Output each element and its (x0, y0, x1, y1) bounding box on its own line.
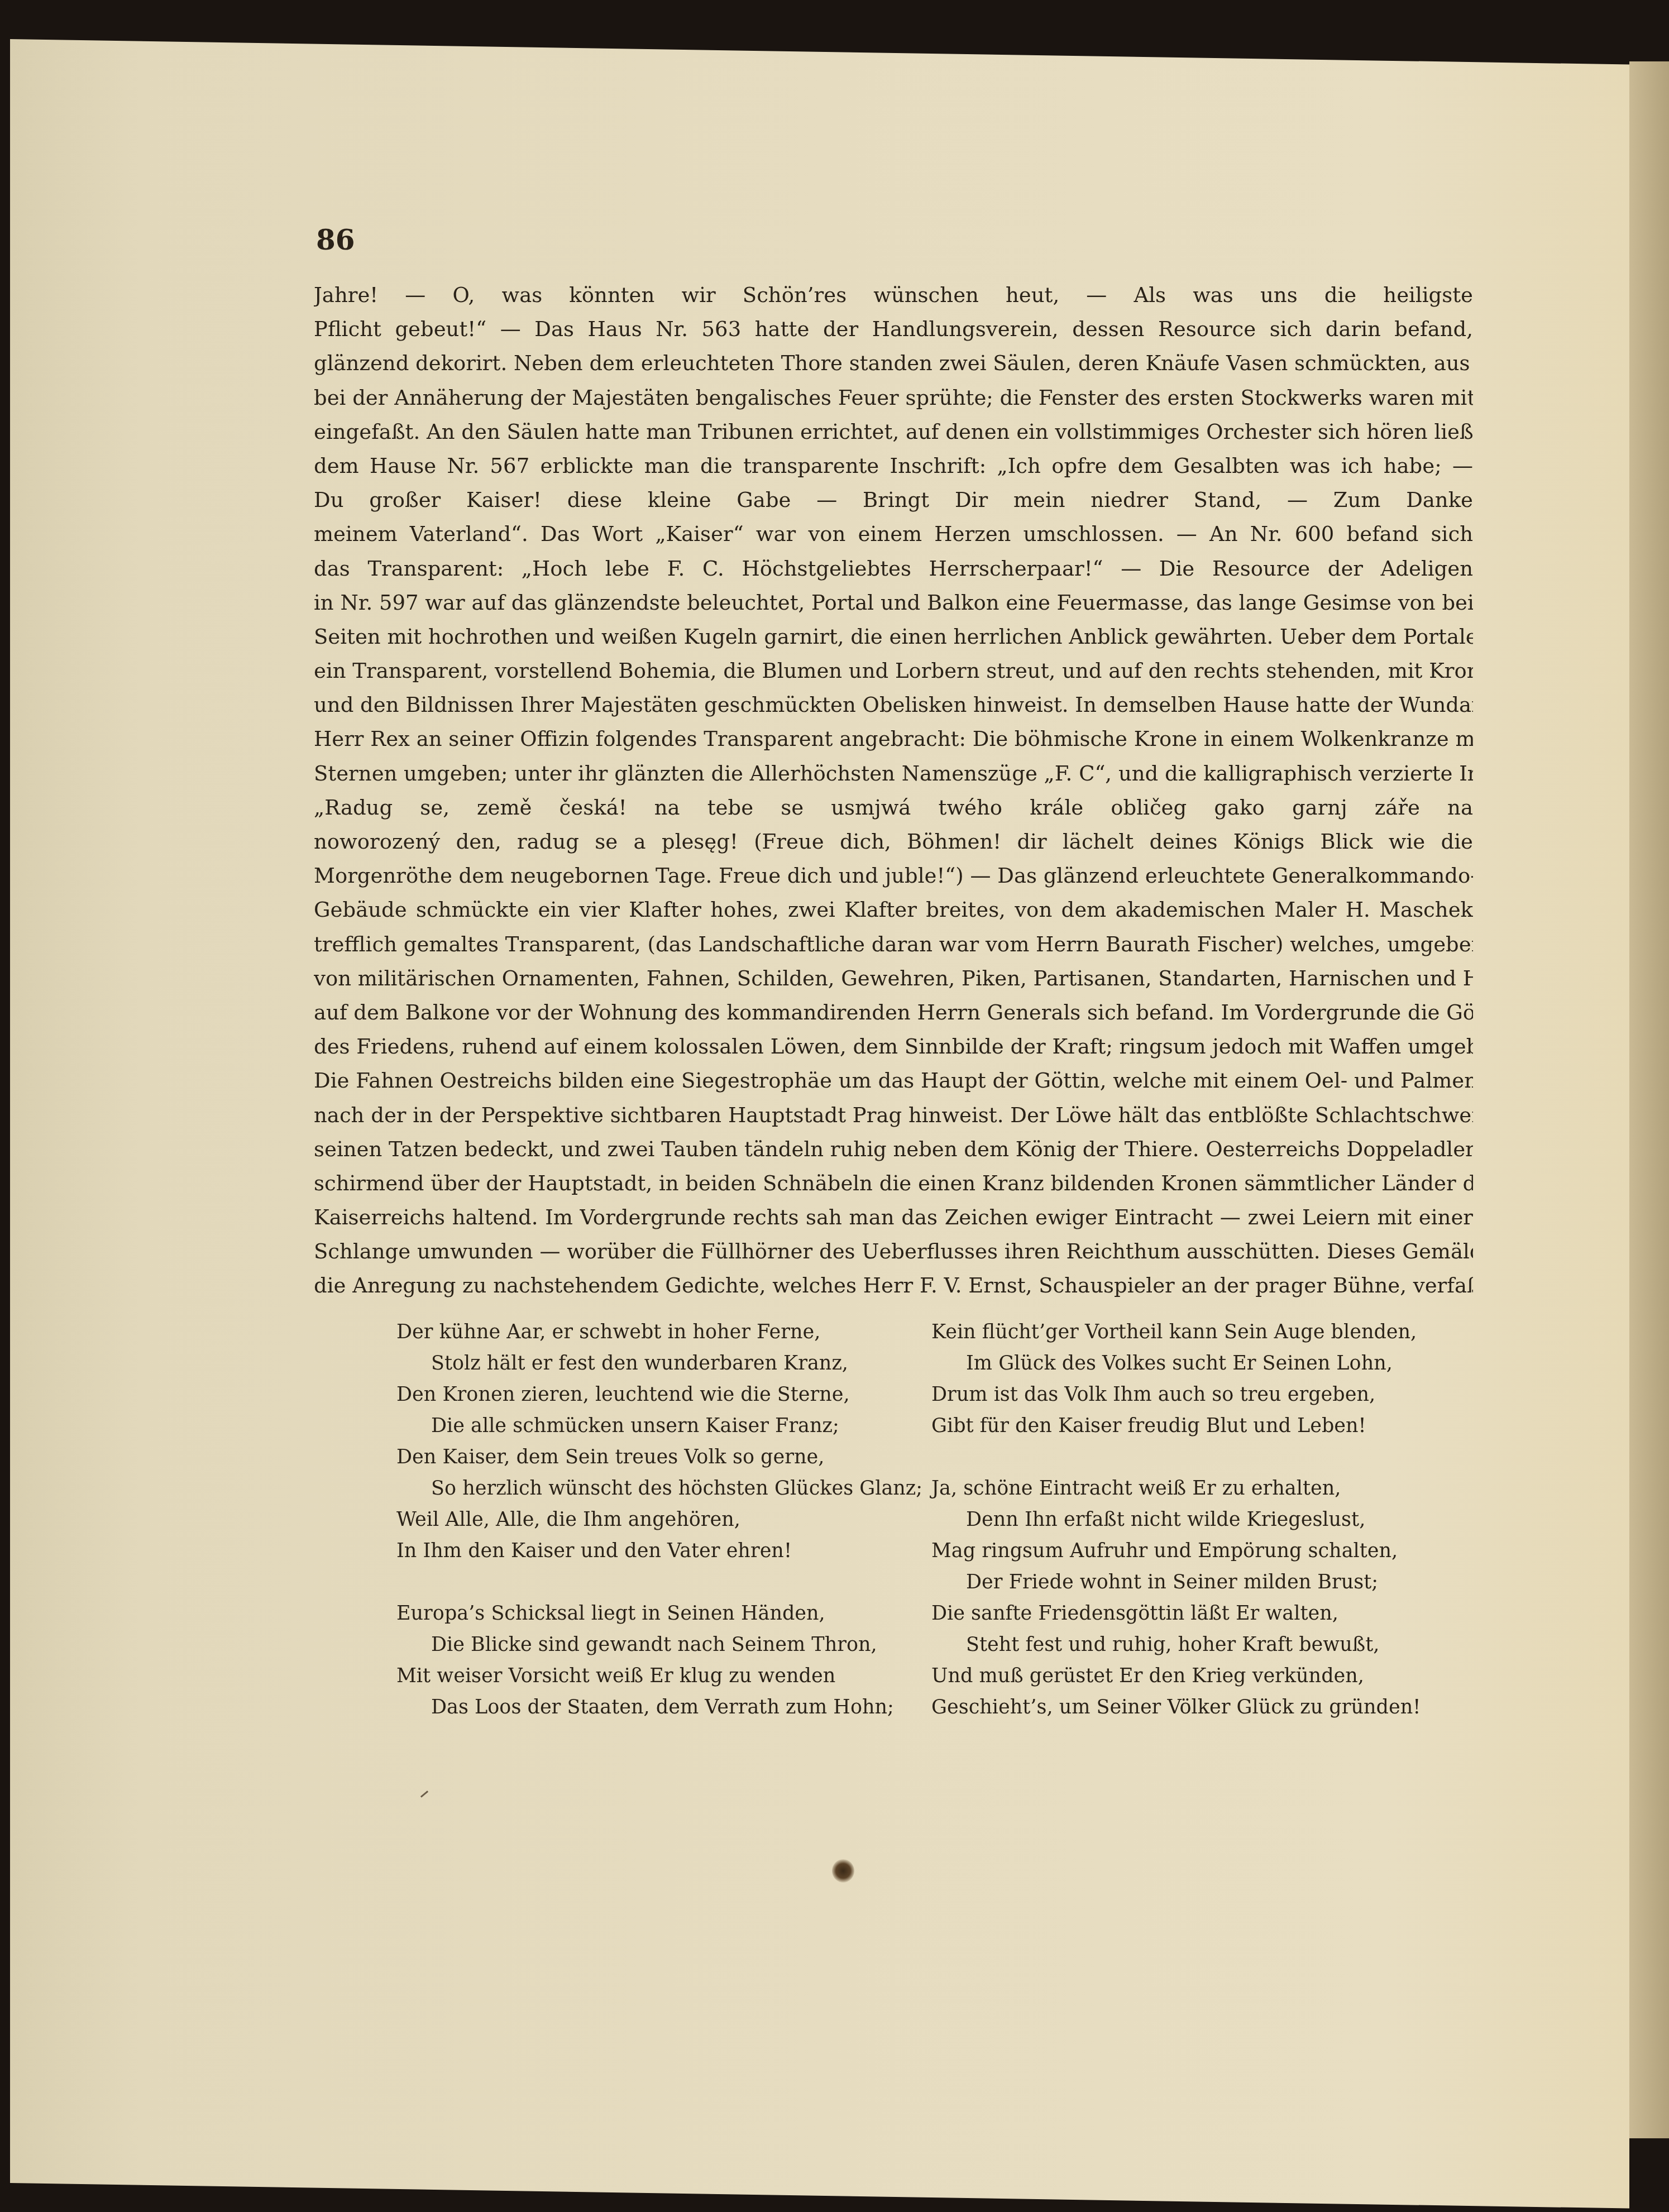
poem-verse: Der kühne Aar, er schwebt in hoher Ferne… (396, 1316, 927, 1348)
poem-verse: So herzlich wünscht des höchsten Glückes… (396, 1473, 927, 1504)
page-content: 86 Jahre! — O, was könnten wir Schön’res… (0, 0, 1669, 2212)
poem-verse: Die Blicke sind gewandt nach Seinem Thro… (396, 1629, 927, 1660)
poem-verse: Weil Alle, Alle, die Ihm angehören, (396, 1504, 927, 1535)
poem-verse: Und muß gerüstet Er den Krieg verkünden, (931, 1660, 1467, 1692)
poem-verse: Die sanfte Friedensgöttin läßt Er walten… (931, 1598, 1467, 1629)
prose-line: Die Fahnen Oestreichs bilden eine Sieges… (314, 1064, 1473, 1098)
prose-line: seinen Tatzen bedeckt, und zwei Tauben t… (314, 1132, 1473, 1166)
poem-verse: Die alle schmücken unsern Kaiser Franz; (396, 1410, 927, 1442)
poem-verse: Im Glück des Volkes sucht Er Seinen Lohn… (931, 1348, 1467, 1379)
poem-right-column: Kein flücht’ger Vortheil kann Sein Auge … (931, 1316, 1467, 1723)
poem-verse: Der Friede wohnt in Seiner milden Brust; (931, 1567, 1467, 1598)
prose-line: Herr Rex an seiner Offizin folgendes Tra… (314, 722, 1473, 756)
prose-line: eingefaßt. An den Säulen hatte man Tribu… (314, 415, 1473, 449)
prose-line: Du großer Kaiser! diese kleine Gabe — Br… (314, 483, 1473, 517)
prose-body: Jahre! — O, was könnten wir Schön’res wü… (314, 278, 1473, 1303)
prose-line: schirmend über der Hauptstadt, in beiden… (314, 1166, 1473, 1200)
poem-verse: Geschieht’s, um Seiner Völker Glück zu g… (931, 1692, 1467, 1723)
prose-line: auf dem Balkone vor der Wohnung des komm… (314, 995, 1473, 1030)
prose-line: Seiten mit hochrothen und weißen Kugeln … (314, 620, 1473, 654)
prose-line: Sternen umgeben; unter ihr glänzten die … (314, 757, 1473, 791)
poem-verse: Mag ringsum Aufruhr und Empörung schalte… (931, 1535, 1467, 1567)
prose-line: Kaiserreichs haltend. Im Vordergrunde re… (314, 1200, 1473, 1234)
prose-line: meinem Vaterland“. Das Wort „Kaiser“ war… (314, 517, 1473, 551)
poem-verse: Mit weiser Vorsicht weiß Er klug zu wend… (396, 1660, 927, 1692)
poem-verse: Ja, schöne Eintracht weiß Er zu erhalten… (931, 1473, 1467, 1504)
prose-line: noworozený den, radug se a plesęg! (Freu… (314, 825, 1473, 859)
poem-verse: Europa’s Schicksal liegt in Seinen Hände… (396, 1598, 927, 1629)
poem-left-column: Der kühne Aar, er schwebt in hoher Ferne… (396, 1316, 927, 1723)
pencil-mark (420, 1790, 428, 1798)
poem-verse: Den Kaiser, dem Sein treues Volk so gern… (396, 1442, 927, 1473)
poem-verse: Gibt für den Kaiser freudig Blut und Leb… (931, 1410, 1467, 1442)
poem-verse: Drum ist das Volk Ihm auch so treu ergeb… (931, 1379, 1467, 1410)
poem-verse: In Ihm den Kaiser und den Vater ehren! (396, 1535, 927, 1567)
prose-line: die Anregung zu nachstehendem Gedichte, … (314, 1268, 1473, 1303)
poem-verse: Steht fest und ruhig, hoher Kraft bewußt… (931, 1629, 1467, 1660)
prose-line: das Transparent: „Hoch lebe F. C. Höchst… (314, 552, 1473, 586)
prose-line: Jahre! — O, was könnten wir Schön’res wü… (314, 278, 1473, 312)
prose-line: ein Transparent, vorstellend Bohemia, di… (314, 654, 1473, 688)
prose-line: bei der Annäherung der Majestäten bengal… (314, 381, 1473, 415)
prose-line: Pflicht gebeut!“ — Das Haus Nr. 563 hatt… (314, 312, 1473, 346)
page-number: 86 (316, 223, 355, 256)
poem-verse: Denn Ihn erfaßt nicht wilde Kriegeslust, (931, 1504, 1467, 1535)
ink-stain (832, 1859, 854, 1883)
prose-line: glänzend dekorirt. Neben dem erleuchtete… (314, 346, 1473, 380)
prose-line: trefflich gemaltes Transparent, (das Lan… (314, 927, 1473, 961)
prose-line: Gebäude schmückte ein vier Klafter hohes… (314, 893, 1473, 927)
prose-line: von militärischen Ornamenten, Fahnen, Sc… (314, 961, 1473, 995)
prose-line: nach der in der Perspektive sichtbaren H… (314, 1098, 1473, 1132)
stanza-break (931, 1442, 1467, 1473)
prose-line: Morgenröthe dem neugebornen Tage. Freue … (314, 859, 1473, 893)
prose-line: Schlange umwunden — worüber die Füllhörn… (314, 1234, 1473, 1268)
poem-verse: Kein flücht’ger Vortheil kann Sein Auge … (931, 1316, 1467, 1348)
stanza-break (396, 1567, 927, 1598)
poem-verse: Stolz hält er fest den wunderbaren Kranz… (396, 1348, 927, 1379)
poem-verse: Den Kronen zieren, leuchtend wie die Ste… (396, 1379, 927, 1410)
prose-line: dem Hause Nr. 567 erblickte man die tran… (314, 449, 1473, 483)
prose-line: in Nr. 597 war auf das glänzendste beleu… (314, 586, 1473, 620)
prose-line: des Friedens, ruhend auf einem kolossale… (314, 1030, 1473, 1064)
prose-line: „Radug se, země česká! na tebe se usmjwá… (314, 791, 1473, 825)
poem-verse: Das Loos der Staaten, dem Verrath zum Ho… (396, 1692, 927, 1723)
prose-line: und den Bildnissen Ihrer Majestäten gesc… (314, 688, 1473, 722)
